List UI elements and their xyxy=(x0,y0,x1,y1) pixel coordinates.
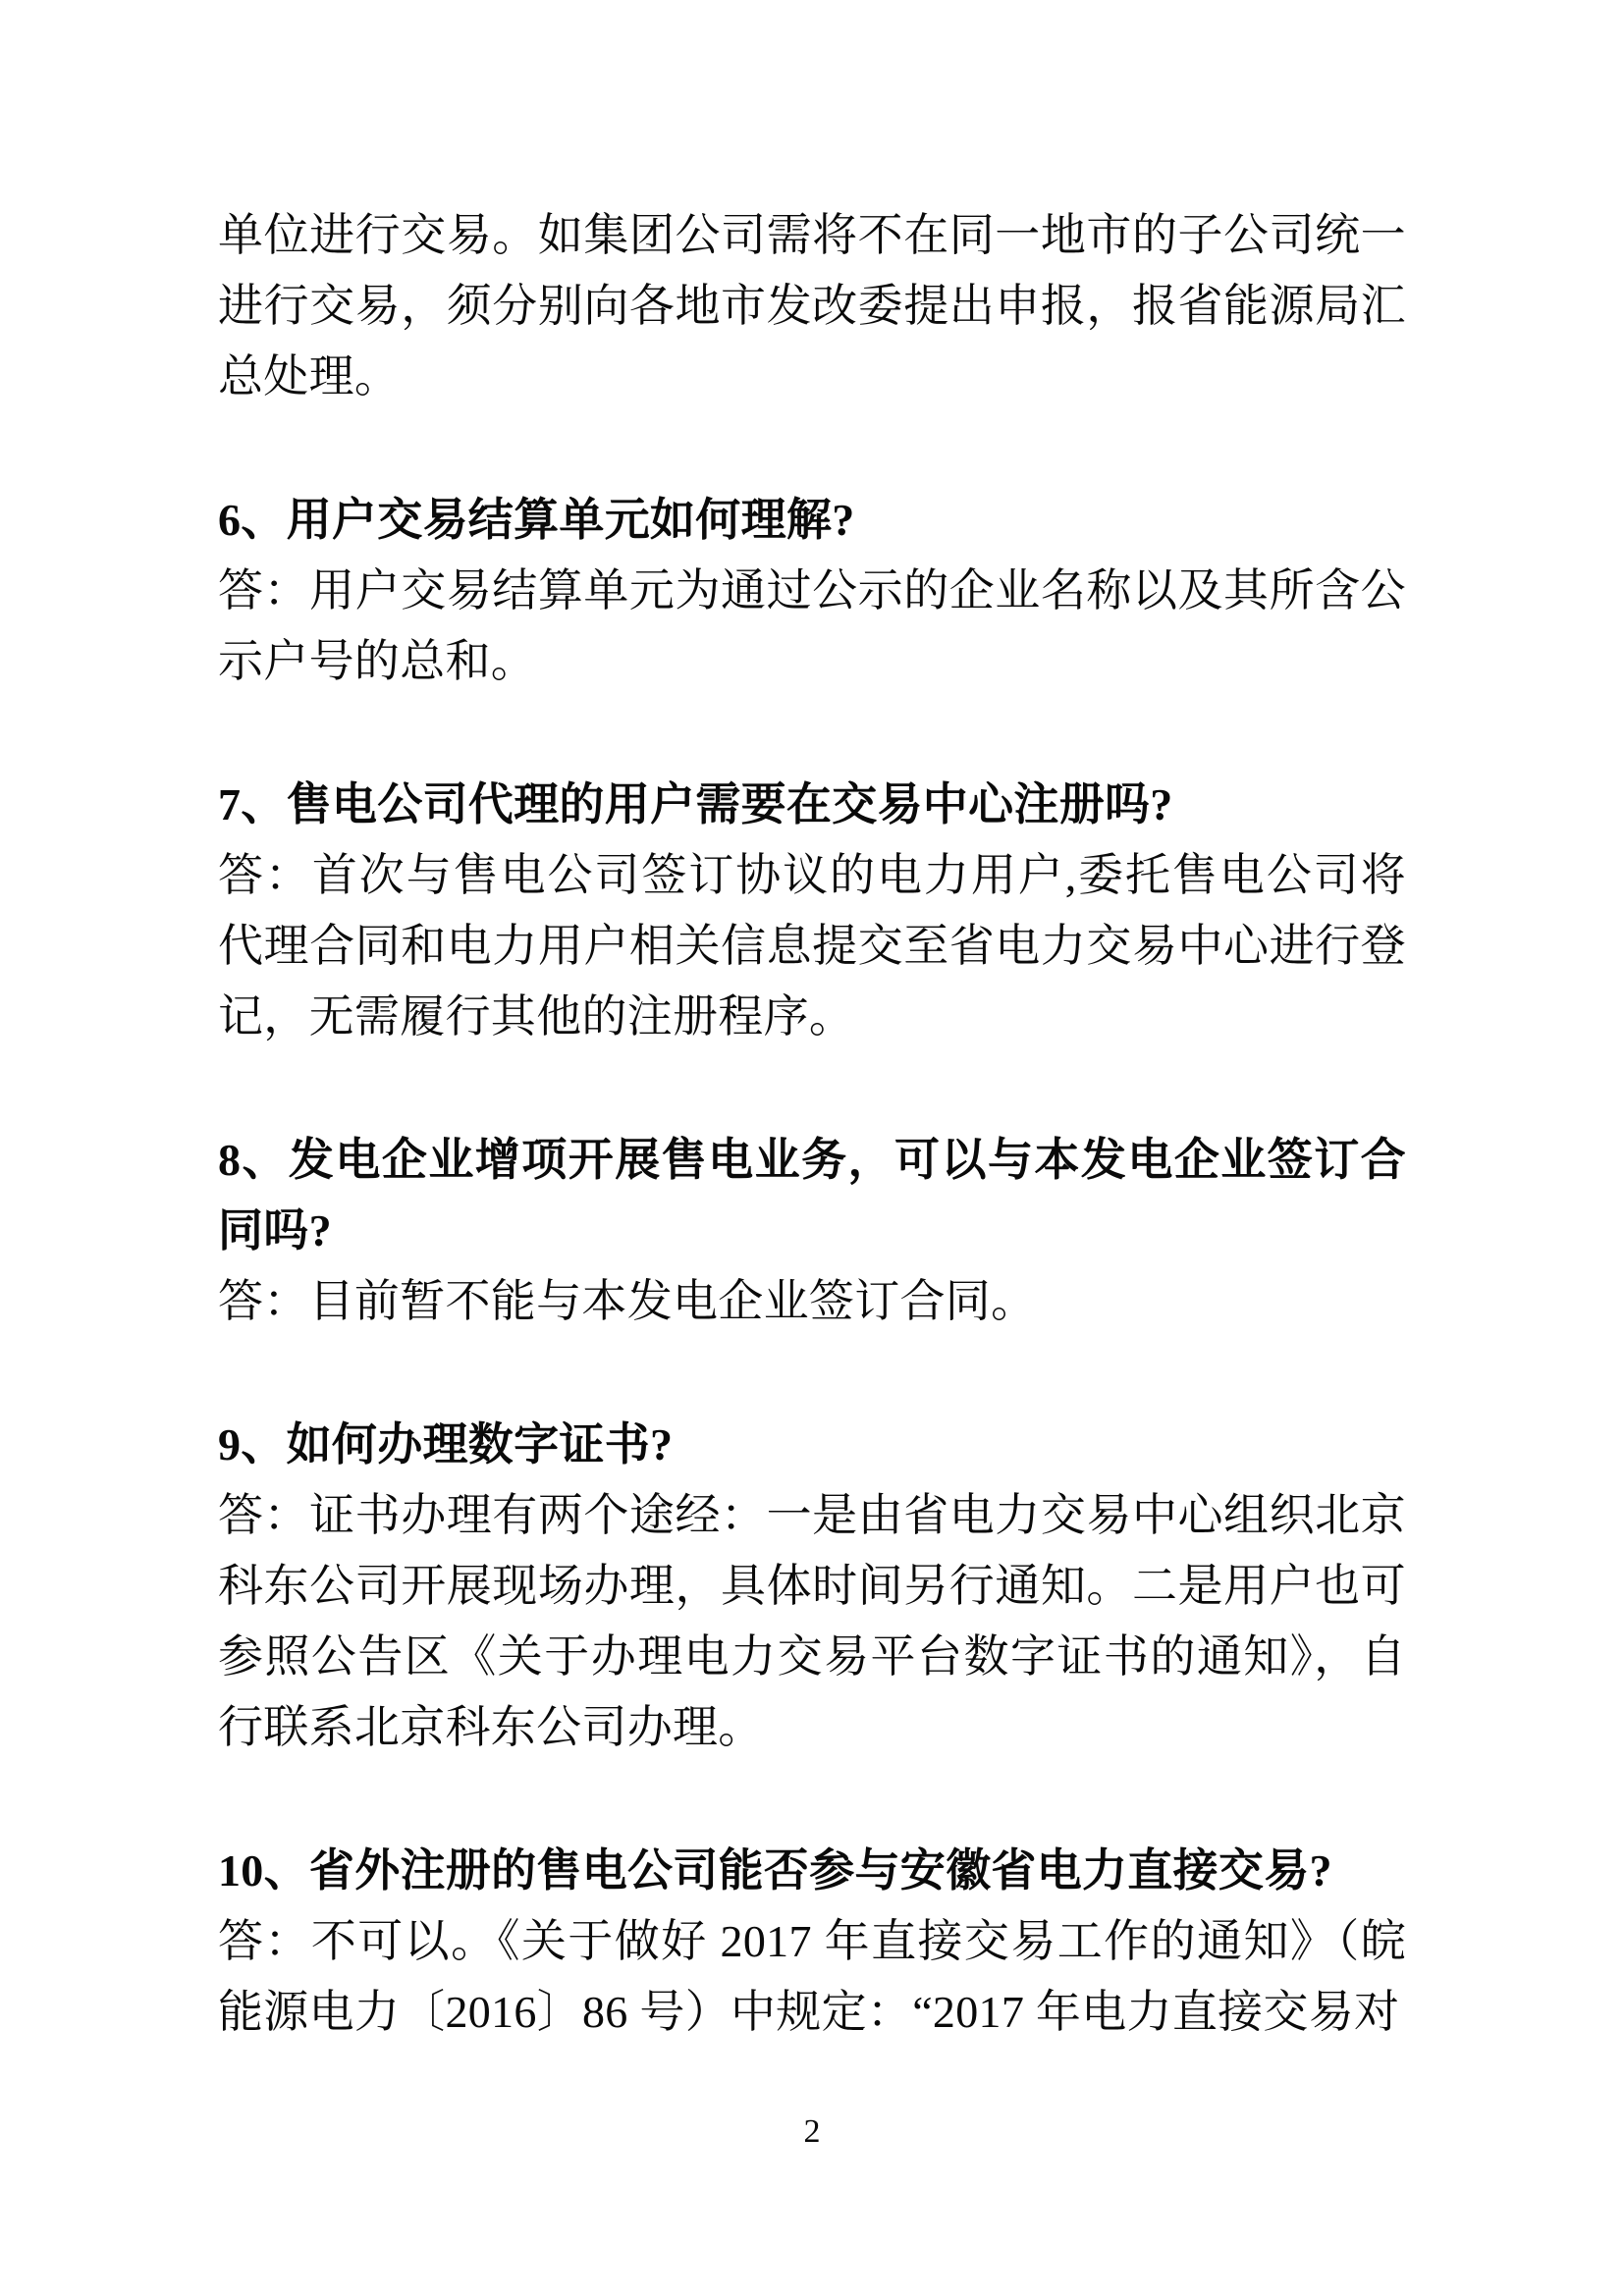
qa-section-7: 7、售电公司代理的用户需要在交易中心注册吗? 答：首次与售电公司签订协议的电力用… xyxy=(218,770,1406,1052)
question-9-heading: 9、如何办理数字证书? xyxy=(218,1410,1406,1480)
page-number: 2 xyxy=(0,2109,1624,2156)
answer-10-paragraph: 答：不可以。《关于做好 2017 年直接交易工作的通知》（皖能源电力〔2016〕… xyxy=(218,1906,1406,2048)
question-6-heading: 6、用户交易结算单元如何理解? xyxy=(218,485,1406,556)
question-10-heading: 10、省外注册的售电公司能否参与安徽省电力直接交易? xyxy=(218,1836,1406,1906)
answer-6-paragraph: 答：用户交易结算单元为通过公示的企业名称以及其所含公示户号的总和。 xyxy=(218,556,1406,697)
answer-9-paragraph: 答：证书办理有两个途经：一是由省电力交易中心组织北京科东公司开展现场办理，具体时… xyxy=(218,1480,1406,1763)
qa-section-9: 9、如何办理数字证书? 答：证书办理有两个途经：一是由省电力交易中心组织北京科东… xyxy=(218,1410,1406,1763)
continuation-paragraph: 单位进行交易。如集团公司需将不在同一地市的子公司统一进行交易，须分别向各地市发改… xyxy=(218,200,1406,412)
page-content: 单位进行交易。如集团公司需将不在同一地市的子公司统一进行交易，须分别向各地市发改… xyxy=(218,200,1406,2048)
question-7-heading: 7、售电公司代理的用户需要在交易中心注册吗? xyxy=(218,770,1406,840)
qa-section-6: 6、用户交易结算单元如何理解? 答：用户交易结算单元为通过公示的企业名称以及其所… xyxy=(218,485,1406,697)
document-page: 单位进行交易。如集团公司需将不在同一地市的子公司统一进行交易，须分别向各地市发改… xyxy=(0,0,1624,2296)
answer-8-paragraph: 答：目前暂不能与本发电企业签订合同。 xyxy=(218,1266,1406,1337)
question-8-heading: 8、发电企业增项开展售电业务，可以与本发电企业签订合同吗? xyxy=(218,1125,1406,1266)
qa-section-10: 10、省外注册的售电公司能否参与安徽省电力直接交易? 答：不可以。《关于做好 2… xyxy=(218,1836,1406,2048)
answer-7-paragraph: 答：首次与售电公司签订协议的电力用户,委托售电公司将代理合同和电力用户相关信息提… xyxy=(218,840,1406,1052)
qa-section-8: 8、发电企业增项开展售电业务，可以与本发电企业签订合同吗? 答：目前暂不能与本发… xyxy=(218,1125,1406,1337)
